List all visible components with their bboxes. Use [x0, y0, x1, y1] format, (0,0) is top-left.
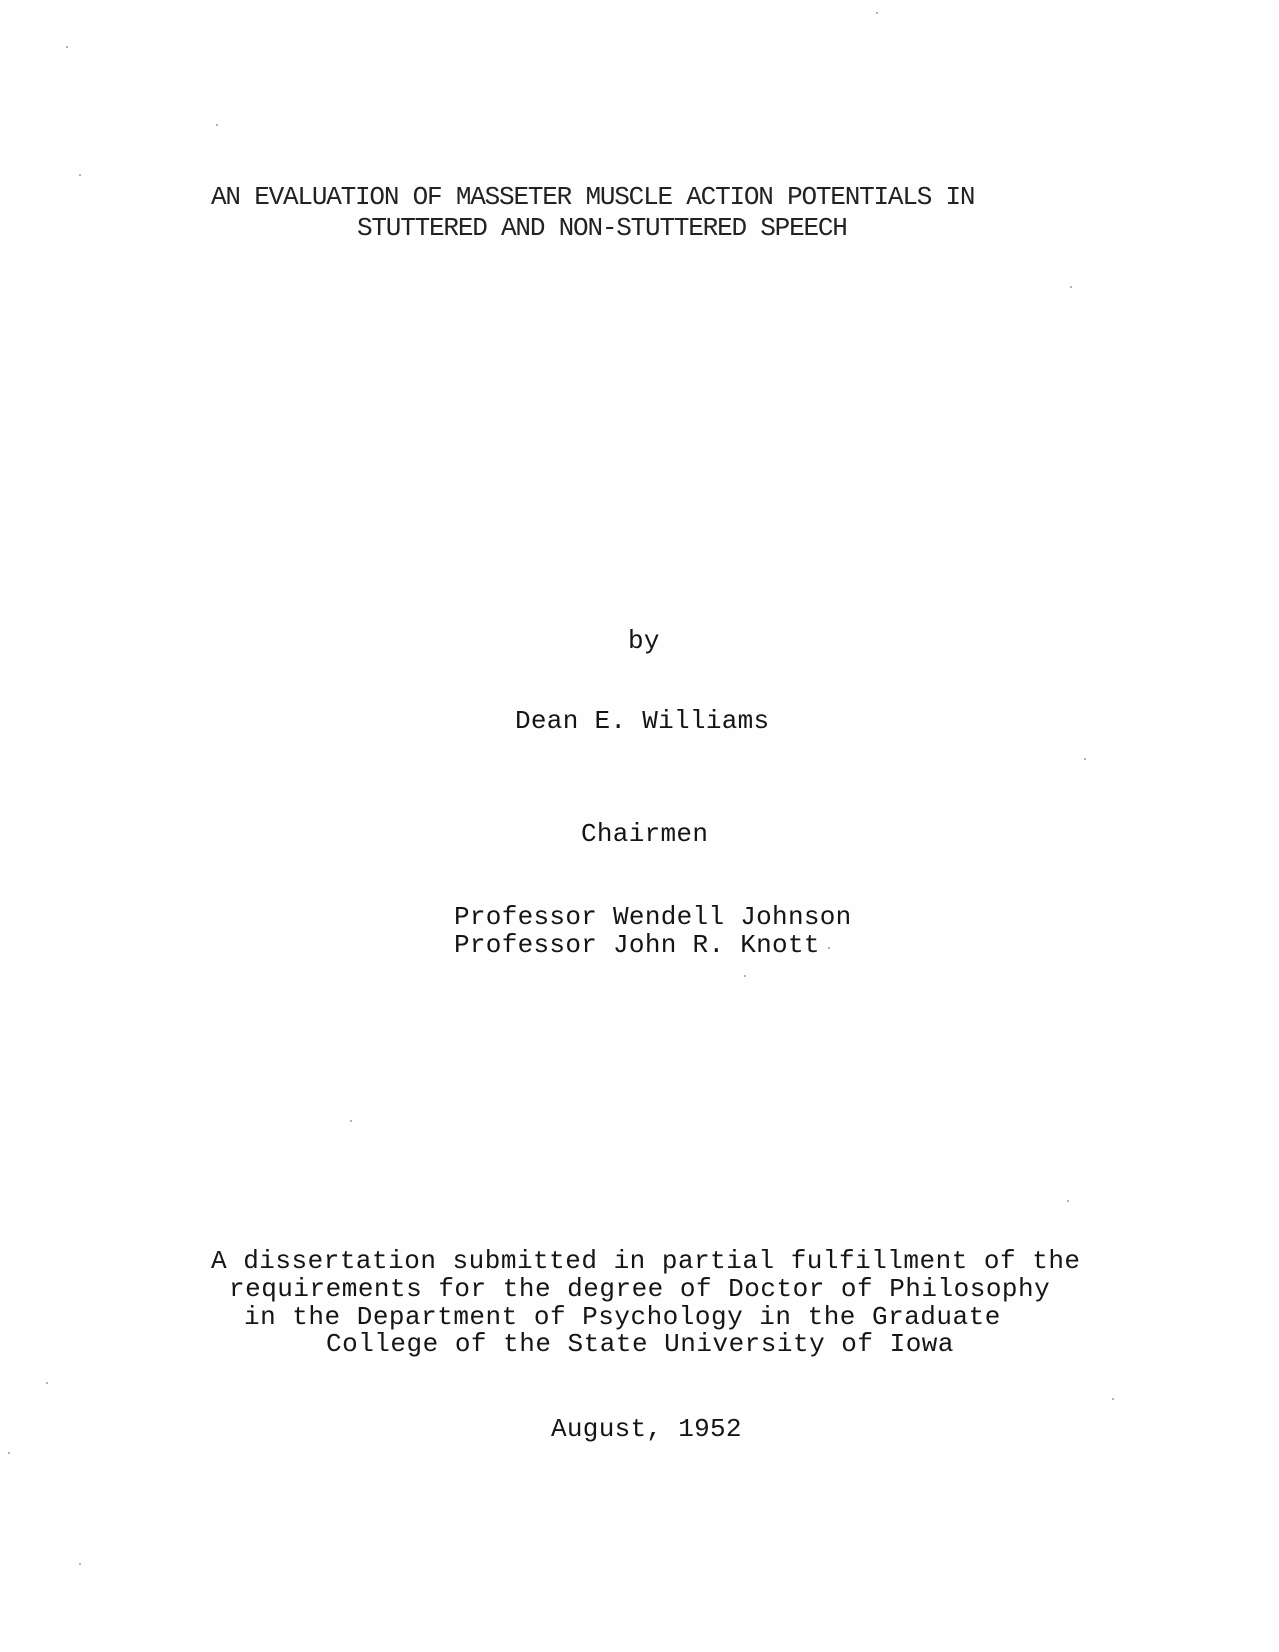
- scan-speck: [1084, 758, 1086, 760]
- chairman-2: Professor John R. Knott: [454, 932, 820, 958]
- dissertation-title-page: AN EVALUATION OF MASSETER MUSCLE ACTION …: [0, 0, 1279, 1652]
- scan-speck: [744, 975, 746, 977]
- scan-speck: [828, 947, 830, 949]
- chairman-1: Professor Wendell Johnson: [454, 904, 852, 930]
- scan-speck: [46, 1382, 48, 1384]
- submission-date: August, 1952: [551, 1416, 742, 1442]
- statement-line-3: in the Department of Psychology in the G…: [244, 1304, 1001, 1330]
- scan-speck: [66, 46, 68, 48]
- scan-speck: [1112, 1398, 1114, 1400]
- scan-speck: [1067, 1200, 1069, 1202]
- scan-speck: [79, 174, 81, 176]
- scan-speck: [216, 124, 218, 126]
- author-name: Dean E. Williams: [515, 708, 769, 734]
- scan-speck: [876, 12, 878, 14]
- title-line-1: AN EVALUATION OF MASSETER MUSCLE ACTION …: [211, 184, 974, 210]
- scan-speck: [79, 1563, 81, 1565]
- scan-speck: [1070, 286, 1072, 288]
- scan-speck: [8, 1452, 10, 1454]
- statement-line-4: College of the State University of Iowa: [326, 1331, 954, 1357]
- scan-speck: [350, 1120, 352, 1122]
- title-line-2: STUTTERED AND NON-STUTTERED SPEECH: [357, 215, 847, 241]
- chairmen-label: Chairmen: [581, 821, 708, 847]
- statement-line-2: requirements for the degree of Doctor of…: [229, 1276, 1050, 1302]
- statement-line-1: A dissertation submitted in partial fulf…: [211, 1248, 1081, 1274]
- by-label: by: [628, 628, 660, 654]
